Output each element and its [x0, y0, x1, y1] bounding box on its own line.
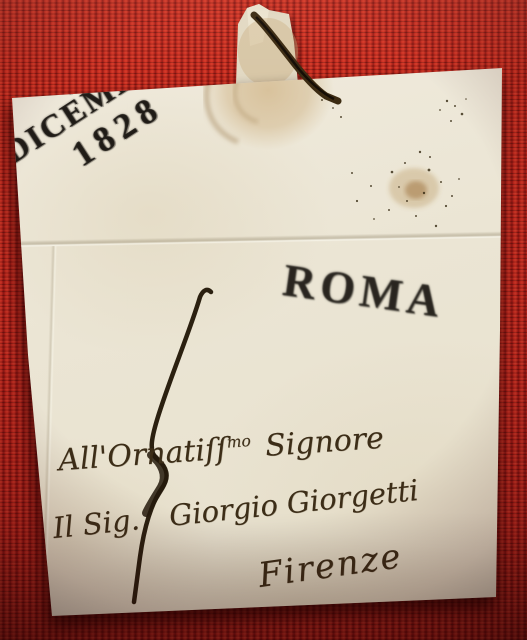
- photo-of-1828-letter: 26 DICEMBRE 1828 ROMA All'OrnatiſſmoSign…: [0, 0, 527, 640]
- seal-tear-slit: [0, 0, 527, 640]
- tear-slit-core: [256, 17, 334, 99]
